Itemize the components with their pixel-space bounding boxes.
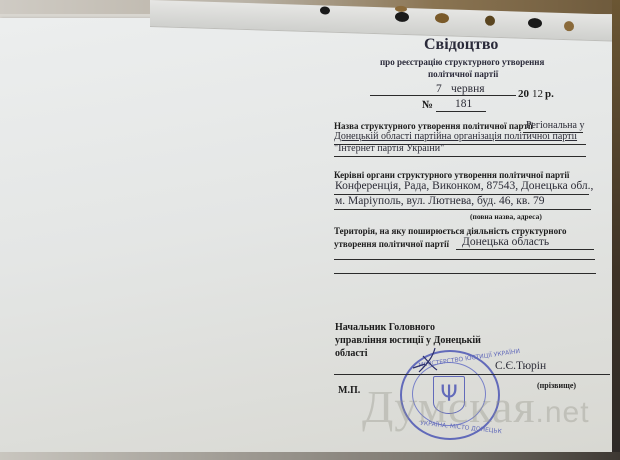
- binder-hole: [564, 21, 574, 31]
- governing-bodies-value-2: м. Маріуполь, вул. Лютнева, буд. 46, кв.…: [335, 195, 545, 207]
- handwritten-signature: [405, 346, 455, 376]
- name-value-2: Донецькій області партійна організація п…: [334, 131, 577, 142]
- signatory-title-1: Начальник Головного: [335, 322, 435, 333]
- date-month: червня: [451, 83, 485, 95]
- name-value-1: Регіональна у: [526, 120, 584, 131]
- binder-hole: [528, 18, 542, 28]
- number-value: 181: [455, 98, 472, 110]
- binder-hole: [485, 16, 495, 26]
- date-year-unit: р.: [545, 88, 554, 100]
- governing-bodies-caption: (повна назва, адреса): [470, 212, 542, 221]
- date-year-suffix: 12: [532, 88, 543, 100]
- governing-bodies-value-1: Конференція, Рада, Виконком, 87543, Доне…: [335, 180, 593, 192]
- document-subtitle-2: політичної партії: [428, 69, 498, 79]
- watermark: Думская.net: [362, 380, 590, 433]
- seal-label: М.П.: [338, 385, 360, 396]
- territory-value: Донецька область: [462, 236, 549, 248]
- name-value-3: "Інтернет партія України": [334, 143, 444, 154]
- document-title: Свідоцтво: [424, 36, 498, 54]
- territory-underline-2: [334, 259, 595, 260]
- date-day: 7: [436, 83, 442, 95]
- binder-hole: [435, 13, 449, 23]
- name-label: Назва структурного утворення політичної …: [334, 121, 533, 131]
- name-underline-3: [334, 156, 586, 157]
- number-label: №: [422, 99, 433, 111]
- territory-label-1: Територія, на яку поширюється діяльність…: [334, 226, 566, 236]
- number-underline: [436, 111, 486, 112]
- signature-line: [334, 374, 494, 375]
- binder-hole: [320, 6, 330, 14]
- document-subtitle-1: про реєстрацію структурного утворення: [380, 57, 544, 67]
- territory-underline-3: [334, 273, 596, 274]
- name-line: [494, 374, 610, 375]
- watermark-main: Думская: [362, 381, 536, 432]
- watermark-suffix: .net: [536, 396, 590, 429]
- date-year-prefix: 20: [518, 88, 529, 100]
- territory-label-2: утворення політичної партії: [334, 239, 449, 249]
- governing-bodies-label: Керівні органи структурного утворення по…: [334, 170, 569, 180]
- background-bottom: [0, 452, 620, 460]
- signatory-title-3: області: [335, 348, 368, 359]
- background-right: [612, 0, 620, 460]
- signatory-title-2: управління юстиції у Донецькій: [335, 335, 481, 346]
- territory-underline-1: [456, 249, 594, 250]
- signatory-name: С.Є.Тюрін: [495, 360, 546, 372]
- date-underline: [370, 95, 516, 96]
- binder-hole: [395, 12, 409, 22]
- governing-bodies-underline-2: [334, 209, 591, 210]
